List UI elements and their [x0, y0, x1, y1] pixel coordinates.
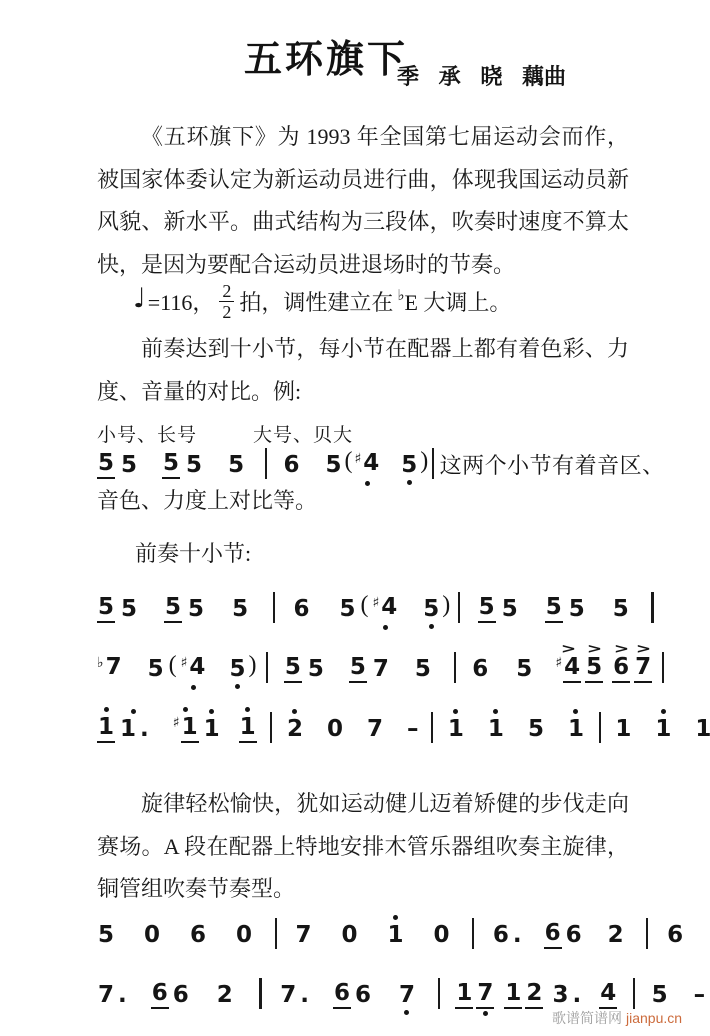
note-6: 6 — [172, 972, 190, 1017]
note-6: 6 — [544, 910, 562, 958]
note-5: 5 — [97, 912, 115, 957]
tempo-tail-text: E 大调上。 — [404, 286, 511, 317]
note-7: ♭7 — [97, 644, 123, 692]
note-6: 6. — [492, 912, 522, 957]
note-5: 5 — [338, 586, 356, 631]
parenthesis: ) — [248, 652, 256, 679]
watermark: 歌谱简谱网jianpu.cn — [552, 1008, 682, 1028]
note-5: 5 — [545, 584, 563, 632]
barline — [273, 918, 278, 949]
time-signature-denominator: 2 — [219, 302, 234, 322]
note-5: 5 — [527, 706, 545, 751]
note-5: 5 — [231, 586, 249, 631]
note-6: 6 — [354, 972, 372, 1017]
barline — [452, 652, 457, 683]
note-2: 2 — [286, 706, 304, 751]
note-1: ♯1 — [173, 704, 199, 752]
note-1: 1 — [487, 706, 505, 751]
barline — [430, 448, 435, 479]
barline — [263, 448, 268, 479]
barline — [258, 978, 263, 1009]
note-5: 5 — [515, 646, 533, 691]
note-5: 5 — [414, 646, 432, 691]
note-6: 6 — [151, 970, 169, 1018]
prelude-caption: 前奏十小节: — [135, 533, 435, 576]
note-5: 5 — [120, 586, 138, 631]
note-5: 5 — [284, 644, 302, 692]
music-line-4: 506070106.6626––– — [97, 910, 657, 958]
tempo-equals-text: =116， — [148, 286, 215, 317]
note-0: 0 — [143, 912, 161, 957]
parenthesis: ) — [420, 448, 428, 475]
note-7: 7. — [279, 972, 309, 1017]
note-2: 2 — [607, 912, 625, 957]
note-5: 5 — [307, 646, 325, 691]
note-1: 1 — [504, 970, 522, 1018]
note-1: 1 — [203, 706, 221, 751]
barline — [471, 918, 476, 949]
note-1: 1 — [447, 706, 465, 751]
note-7: 7 — [366, 706, 384, 751]
note-5: 5 — [147, 646, 165, 691]
note-7: 7 — [372, 646, 390, 691]
note-1: 1 — [239, 704, 257, 752]
note-5: 5 — [478, 584, 496, 632]
music-line-3: 11.♯111207–11511111 — [97, 704, 657, 752]
paragraph-prelude-desc: 前奏达到十小节，每小节在配器上都有着色彩、力度、音量的对比。例: — [97, 328, 629, 413]
note-1: 1 — [614, 706, 632, 751]
note-5: 5 — [97, 584, 115, 632]
note-1: 1 — [97, 704, 115, 752]
dash-note: – — [406, 706, 420, 751]
note-7: >7 — [634, 644, 652, 692]
barline — [456, 592, 461, 623]
note-1: 1 — [567, 706, 585, 751]
note-0: 0 — [340, 912, 358, 957]
note-6: >6 — [612, 644, 630, 692]
barline — [264, 652, 269, 683]
note-7: 7 — [294, 912, 312, 957]
note-1: 1 — [386, 912, 404, 957]
parenthesis: ( — [344, 448, 352, 475]
music-line-1: 5555565(♯45)55555 — [97, 584, 657, 632]
quarter-note-icon: ♩ — [133, 283, 146, 314]
note-1: 1. — [119, 706, 149, 751]
parenthesis: ( — [169, 652, 177, 679]
note-6: 6 — [666, 912, 684, 957]
tempo-mid-text: 拍，调性建立在 — [239, 286, 393, 317]
note-6: 6 — [333, 970, 351, 1018]
score-page: 五环旗下 季 承 晓 藕曲 《五环旗下》为 1993 年全国第七届运动会而作，被… — [0, 0, 710, 1036]
paragraph-intro: 《五环旗下》为 1993 年全国第七届运动会而作，被国家体委认定为新运动员进行曲… — [97, 116, 629, 286]
note-5: 5 — [501, 586, 519, 631]
note-7: 7 — [476, 970, 494, 1018]
note-5: 5 — [422, 586, 440, 631]
note-4: >♯4 — [555, 644, 581, 692]
note-5: 5 — [568, 586, 586, 631]
note-6: 6 — [471, 646, 489, 691]
parenthesis: ( — [360, 592, 368, 619]
parenthesis: ) — [442, 592, 450, 619]
note-0: 0 — [235, 912, 253, 957]
example-tail-text: 音色、力度上对比等。 — [97, 480, 629, 523]
time-signature-numerator: 2 — [219, 281, 234, 302]
note-6: 6 — [565, 912, 583, 957]
note-5: 5 — [612, 586, 630, 631]
barline — [650, 592, 655, 623]
tempo-line: ♩ =116， 2 2 拍，调性建立在 ♭ E 大调上。 — [133, 278, 511, 324]
note-1: 1 — [694, 706, 710, 751]
barline — [660, 652, 665, 683]
barline — [430, 712, 435, 743]
watermark-url: jianpu.cn — [626, 1010, 682, 1026]
note-0: 0 — [432, 912, 450, 957]
barline — [597, 712, 602, 743]
inline-note-text: 这两个小节有着音区、 — [440, 449, 665, 480]
note-7: 7. — [97, 972, 127, 1017]
note-0: 0 — [326, 706, 344, 751]
note-2: 2 — [216, 972, 234, 1017]
barline — [271, 592, 276, 623]
paragraph-melody-desc: 旋律轻松愉快，犹如运动健儿迈着矫健的步伐走向赛场。A 段在配器上特地安排木管乐器… — [97, 783, 629, 911]
note-2: 2 — [525, 970, 543, 1018]
note-6: 6 — [189, 912, 207, 957]
note-5: 5 — [228, 646, 246, 691]
flat-icon: ♭ — [397, 286, 404, 304]
note-1: 1 — [654, 706, 672, 751]
note-5: 5 — [349, 644, 367, 692]
watermark-site-name: 歌谱简谱网 — [552, 1010, 622, 1026]
barline — [436, 978, 441, 1009]
note-6: 6 — [292, 586, 310, 631]
composer-byline: 季 承 晓 藕曲 — [397, 60, 566, 91]
barline — [631, 978, 636, 1009]
note-7: 7 — [398, 972, 416, 1017]
barline — [269, 712, 274, 743]
note-4: ♯4 — [181, 644, 207, 692]
note-1: 1 — [455, 970, 473, 1018]
note-4: ♯4 — [372, 584, 398, 632]
note-5: 5 — [164, 584, 182, 632]
page-title: 五环旗下 — [244, 28, 408, 83]
time-signature: 2 2 — [219, 281, 234, 322]
barline — [645, 918, 650, 949]
note-5: >5 — [585, 644, 603, 692]
note-5: 5 — [187, 586, 205, 631]
dash-note: – — [693, 972, 707, 1017]
music-line-2: ♭75(♯45)5557565>♯4>5>6>7 — [97, 644, 657, 692]
